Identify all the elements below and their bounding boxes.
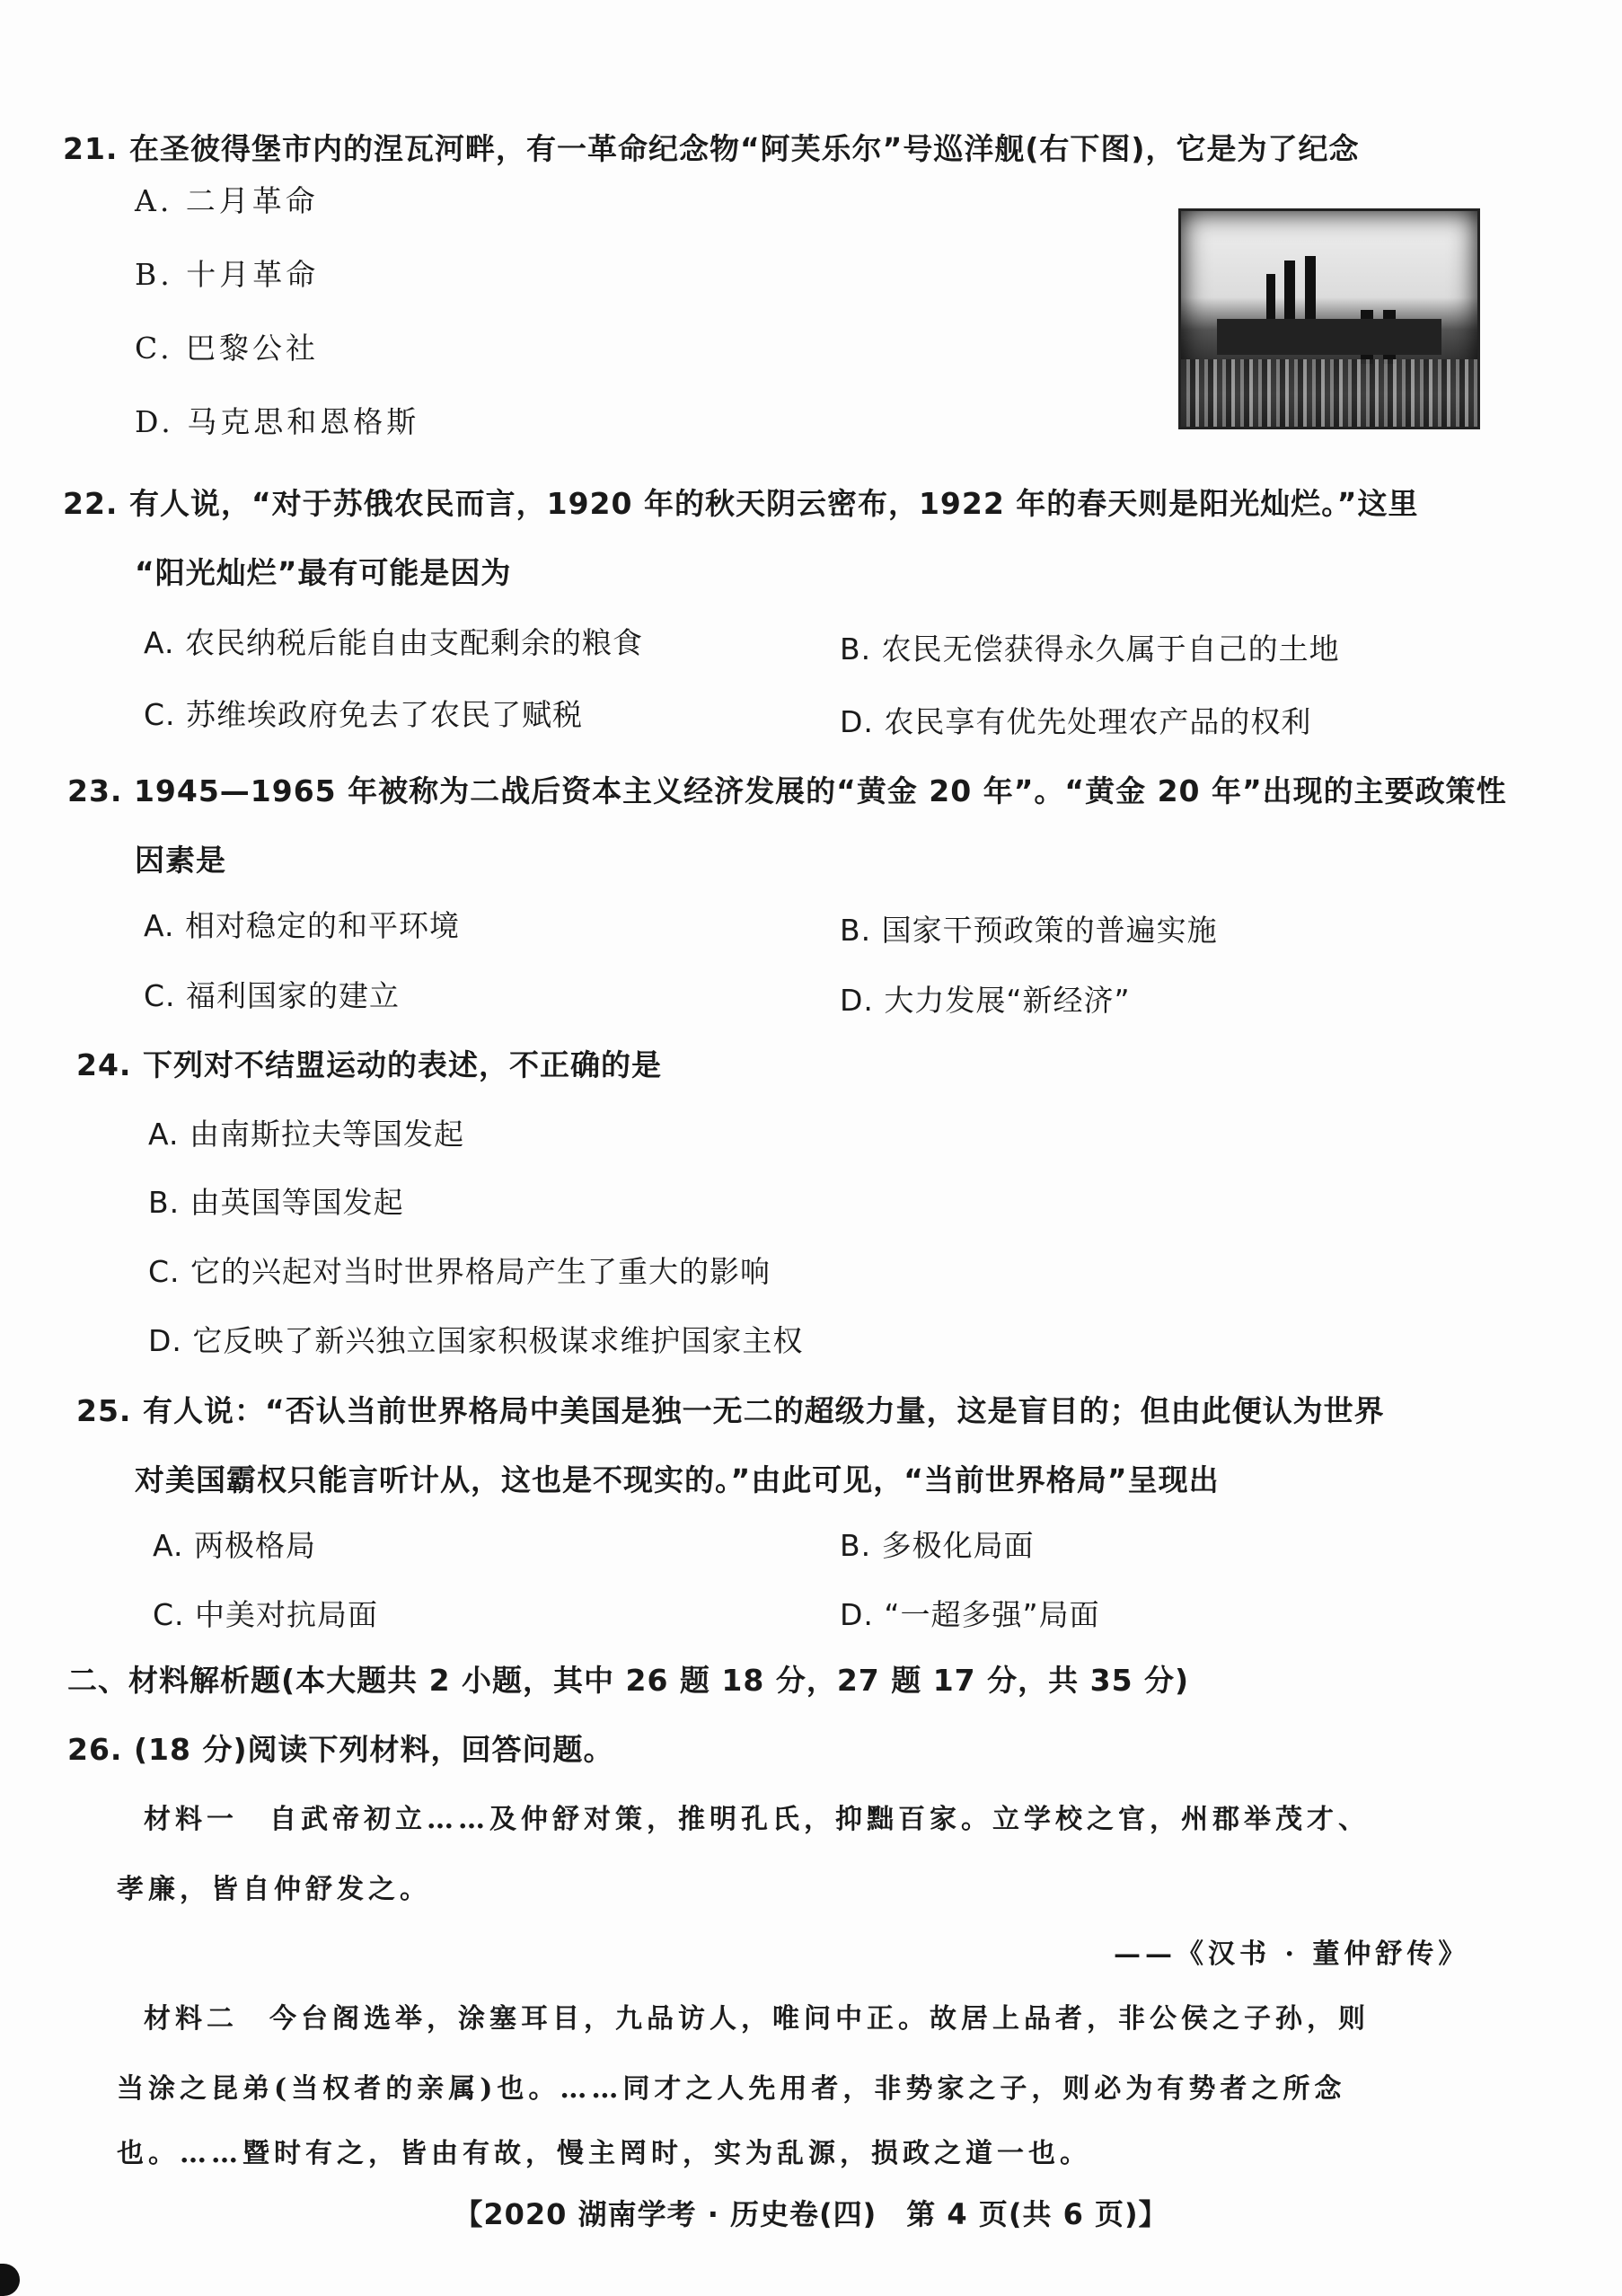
q22-option-d: D. 农民享有优先处理农产品的权利 (840, 699, 1311, 741)
ship-hull (1217, 319, 1441, 355)
q22-option-c: C. 苏维埃政府免去了农民了赋税 (144, 692, 583, 734)
q25-option-c: C. 中美对抗局面 (153, 1592, 378, 1634)
q26-material2-line2: 当涂之昆弟(当权者的亲属)也。……同才之人先用者，非势家之子，则必为有势者之所念 (117, 2066, 1345, 2106)
q24-stem: 24. 下列对不结盟运动的表述，不正确的是 (76, 1042, 662, 1084)
page-footer: 【2020 湖南学考 · 历史卷(四) 第 4 页(共 6 页)】 (0, 2192, 1622, 2233)
q25-option-d: D. “一超多强”局面 (840, 1592, 1100, 1634)
q21-option-b: B. 十月革命 (135, 252, 319, 294)
q25-stem-line2: 对美国霸权只能言听计从，这也是不现实的。”由此可见，“当前世界格局”呈现出 (135, 1457, 1220, 1499)
q23-option-d: D. 大力发展“新经济” (840, 977, 1131, 1020)
q23-stem-line2: 因素是 (135, 837, 226, 879)
q24-option-a: A. 由南斯拉夫等国发起 (148, 1111, 464, 1153)
q26-material2-line1: 材料二 今台阁选举，涂塞耳目，九品访人，唯问中正。故居上品者，非公侯之子孙，则 (144, 1996, 1370, 2035)
q23-option-c: C. 福利国家的建立 (144, 973, 400, 1015)
q22-option-a: A. 农民纳税后能自由支配剩余的粮食 (144, 620, 643, 662)
q26-stem: 26. (18 分)阅读下列材料，回答问题。 (67, 1726, 614, 1769)
q22-stem-line1: 22. 有人说，“对于苏俄农民而言，1920 年的秋天阴云密布，1922 年的春… (63, 481, 1419, 523)
q24-option-b: B. 由英国等国发起 (148, 1179, 404, 1222)
q21-stem: 21. 在圣彼得堡市内的涅瓦河畔，有一革命纪念物“阿芙乐尔”号巡洋舰(右下图)，… (63, 126, 1360, 168)
cruiser-aurora-photo (1178, 208, 1480, 429)
q26-material1-source: ——《汉书 · 董仲舒传》 (1114, 1931, 1469, 1971)
q26-material1-line2: 孝廉，皆自仲舒发之。 (117, 1867, 431, 1906)
q26-material1-line1: 材料一 自武帝初立……及仲舒对策，推明孔氏，抑黜百家。立学校之官，州郡举茂才、 (144, 1797, 1370, 1836)
q24-option-d: D. 它反映了新兴独立国家积极谋求维护国家主权 (148, 1318, 803, 1360)
ship-funnel (1305, 256, 1316, 328)
q21-option-d: D. 马克思和恩格斯 (135, 399, 419, 441)
q21-option-c: C. 巴黎公社 (135, 325, 319, 367)
q22-option-b: B. 农民无偿获得永久属于自己的土地 (840, 626, 1340, 668)
q23-stem-line1: 23. 1945—1965 年被称为二战后资本主义经济发展的“黄金 20 年”。… (67, 768, 1507, 810)
q23-option-a: A. 相对稳定的和平环境 (144, 903, 460, 945)
q22-stem-line2: “阳光灿烂”最有可能是因为 (135, 550, 511, 592)
scan-edge-mark (0, 2264, 20, 2296)
q25-stem-line1: 25. 有人说：“否认当前世界格局中美国是独一无二的超级力量，这是盲目的；但由此… (76, 1388, 1385, 1430)
q21-option-a: A. 二月革命 (135, 178, 319, 220)
q26-material2-line3: 也。……暨时有之，皆由有故，慢主罔时，实为乱源，损政之道一也。 (117, 2131, 1091, 2170)
ship-funnel (1284, 261, 1295, 328)
q25-option-b: B. 多极化局面 (840, 1523, 1035, 1565)
q23-option-b: B. 国家干预政策的普遍实施 (840, 907, 1218, 949)
river-water (1181, 359, 1477, 427)
q25-option-a: A. 两极格局 (153, 1523, 316, 1565)
q24-option-c: C. 它的兴起对当时世界格局产生了重大的影响 (148, 1249, 771, 1291)
section2-heading: 二、材料解析题(本大题共 2 小题，其中 26 题 18 分，27 题 17 分… (67, 1657, 1189, 1700)
